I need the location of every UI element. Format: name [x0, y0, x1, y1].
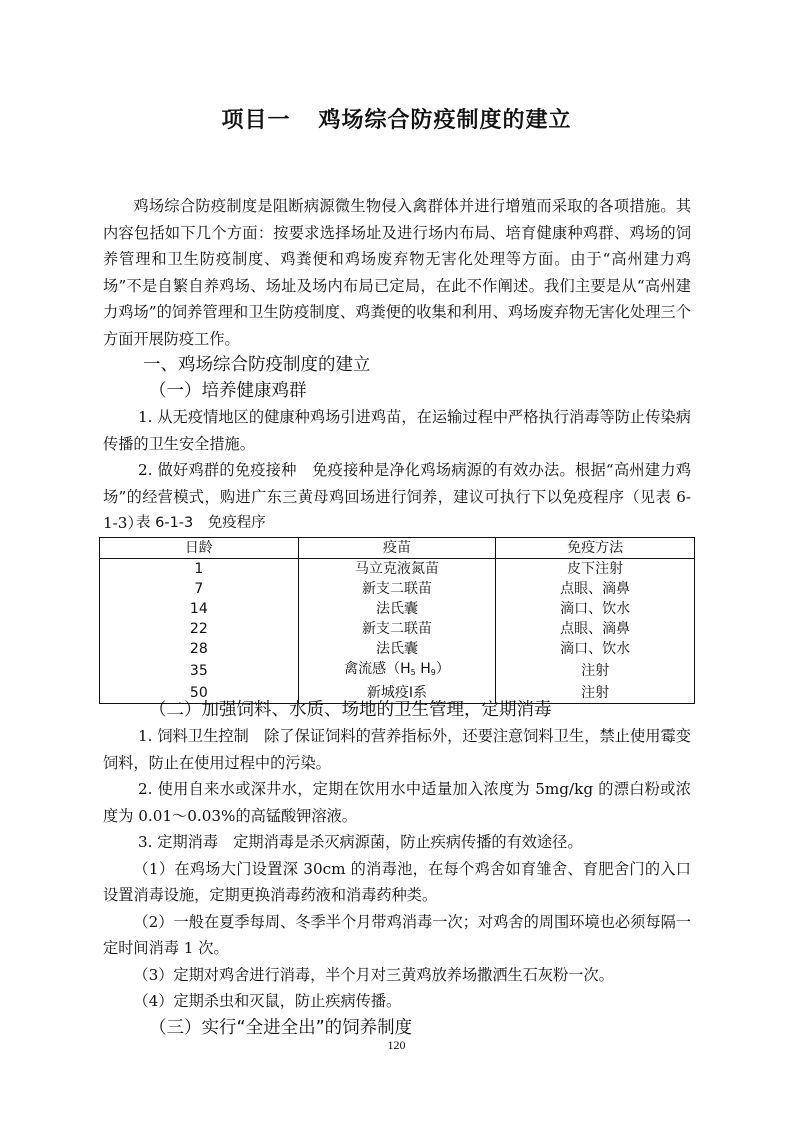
intro-paragraph: 鸡场综合防疫制度是阻断病源微生物侵入禽群体并进行增殖而采取的各项措施。其内容包括… — [103, 193, 691, 352]
table-row: 14 法氏囊 滴口、饮水 — [100, 599, 695, 619]
cell-vaccine: 马立克液氮苗 — [298, 559, 496, 580]
cell-vaccine: 禽流感（H5 H9） — [298, 659, 496, 683]
page-title: 项目一鸡场综合防疫制度的建立 — [0, 103, 793, 134]
intro-section: 鸡场综合防疫制度是阻断病源微生物侵入禽群体并进行增殖而采取的各项措施。其内容包括… — [103, 193, 691, 537]
vaccine-text: 禽流感（H — [344, 661, 411, 677]
list-item: 1. 饲料卫生控制 除了保证饲料的营养指标外，还要注意饲料卫生，禁止使用霉变饲料… — [103, 723, 691, 776]
sanitation-section: （二）加强饲料、水质、场地的卫生管理，定期消毒 1. 饲料卫生控制 除了保证饲料… — [103, 697, 691, 1041]
cell-vaccine: 新支二联苗 — [298, 579, 496, 599]
immunization-table: 日龄 疫苗 免疫方法 1 马立克液氮苗 皮下注射 7 新支二联苗 点眼、滴鼻 1… — [99, 537, 695, 704]
cell-method: 滴口、饮水 — [496, 599, 695, 619]
list-item: 1. 从无疫情地区的健康种鸡场引进鸡苗，在运输过程中严格执行消毒等防止传染病传播… — [103, 404, 691, 457]
cell-age: 35 — [100, 659, 299, 683]
cell-vaccine: 新支二联苗 — [298, 619, 496, 639]
cell-vaccine: 法氏囊 — [298, 639, 496, 659]
table-row: 28 法氏囊 滴口、饮水 — [100, 639, 695, 659]
list-item: （3）定期对鸡舍进行消毒，半个月对三黄鸡放养场撒洒生石灰粉一次。 — [103, 962, 691, 989]
cell-vaccine: 法氏囊 — [298, 599, 496, 619]
title-main: 鸡场综合防疫制度的建立 — [319, 108, 572, 133]
vaccine-text: H — [416, 661, 431, 677]
cell-method: 点眼、滴鼻 — [496, 619, 695, 639]
cell-age: 28 — [100, 639, 299, 659]
section-heading-1: 一、鸡场综合防疫制度的建立 — [103, 352, 691, 378]
table-row: 35 禽流感（H5 H9） 注射 — [100, 659, 695, 683]
table-caption: 表 6-1-3 免疫程序 — [136, 512, 266, 534]
cell-method: 滴口、饮水 — [496, 639, 695, 659]
cell-age: 22 — [100, 619, 299, 639]
cell-method: 皮下注射 — [496, 559, 695, 580]
table-header-row: 日龄 疫苗 免疫方法 — [100, 538, 695, 559]
page-number: 120 — [0, 1038, 793, 1053]
table-row: 7 新支二联苗 点眼、滴鼻 — [100, 579, 695, 599]
header-method: 免疫方法 — [496, 538, 695, 559]
list-item: 3. 定期消毒 定期消毒是杀灭病源菌，防止疾病传播的有效途径。 — [103, 829, 691, 856]
cell-method: 注射 — [496, 659, 695, 683]
table-row: 22 新支二联苗 点眼、滴鼻 — [100, 619, 695, 639]
title-prefix: 项目一 — [221, 108, 290, 133]
cell-age: 7 — [100, 579, 299, 599]
cell-age: 1 — [100, 559, 299, 580]
table-row: 1 马立克液氮苗 皮下注射 — [100, 559, 695, 580]
header-vaccine: 疫苗 — [298, 538, 496, 559]
document-page: 项目一鸡场综合防疫制度的建立 鸡场综合防疫制度是阻断病源微生物侵入禽群体并进行增… — [0, 0, 793, 1122]
cell-method: 点眼、滴鼻 — [496, 579, 695, 599]
vaccine-text: ） — [436, 661, 450, 677]
subsection-heading-1: （一）培养健康鸡群 — [103, 378, 691, 404]
cell-age: 14 — [100, 599, 299, 619]
list-item: （4）定期杀虫和灭鼠，防止疾病传播。 — [103, 988, 691, 1015]
list-item: （1）在鸡场大门设置深 30cm 的消毒池，在每个鸡舍如育雏舍、育肥舍门的入口设… — [103, 856, 691, 909]
list-item: 2. 使用自来水或深井水，定期在饮用水中适量加入浓度为 5mg/kg 的漂白粉或… — [103, 776, 691, 829]
subsection-heading-2: （二）加强饲料、水质、场地的卫生管理，定期消毒 — [103, 697, 691, 723]
subsection-heading-3: （三）实行“全进全出”的饲养制度 — [103, 1015, 691, 1041]
header-age: 日龄 — [100, 538, 299, 559]
list-item: （2）一般在夏季每周、冬季半个月带鸡消毒一次；对鸡舍的周围环境也必须每隔一定时间… — [103, 909, 691, 962]
